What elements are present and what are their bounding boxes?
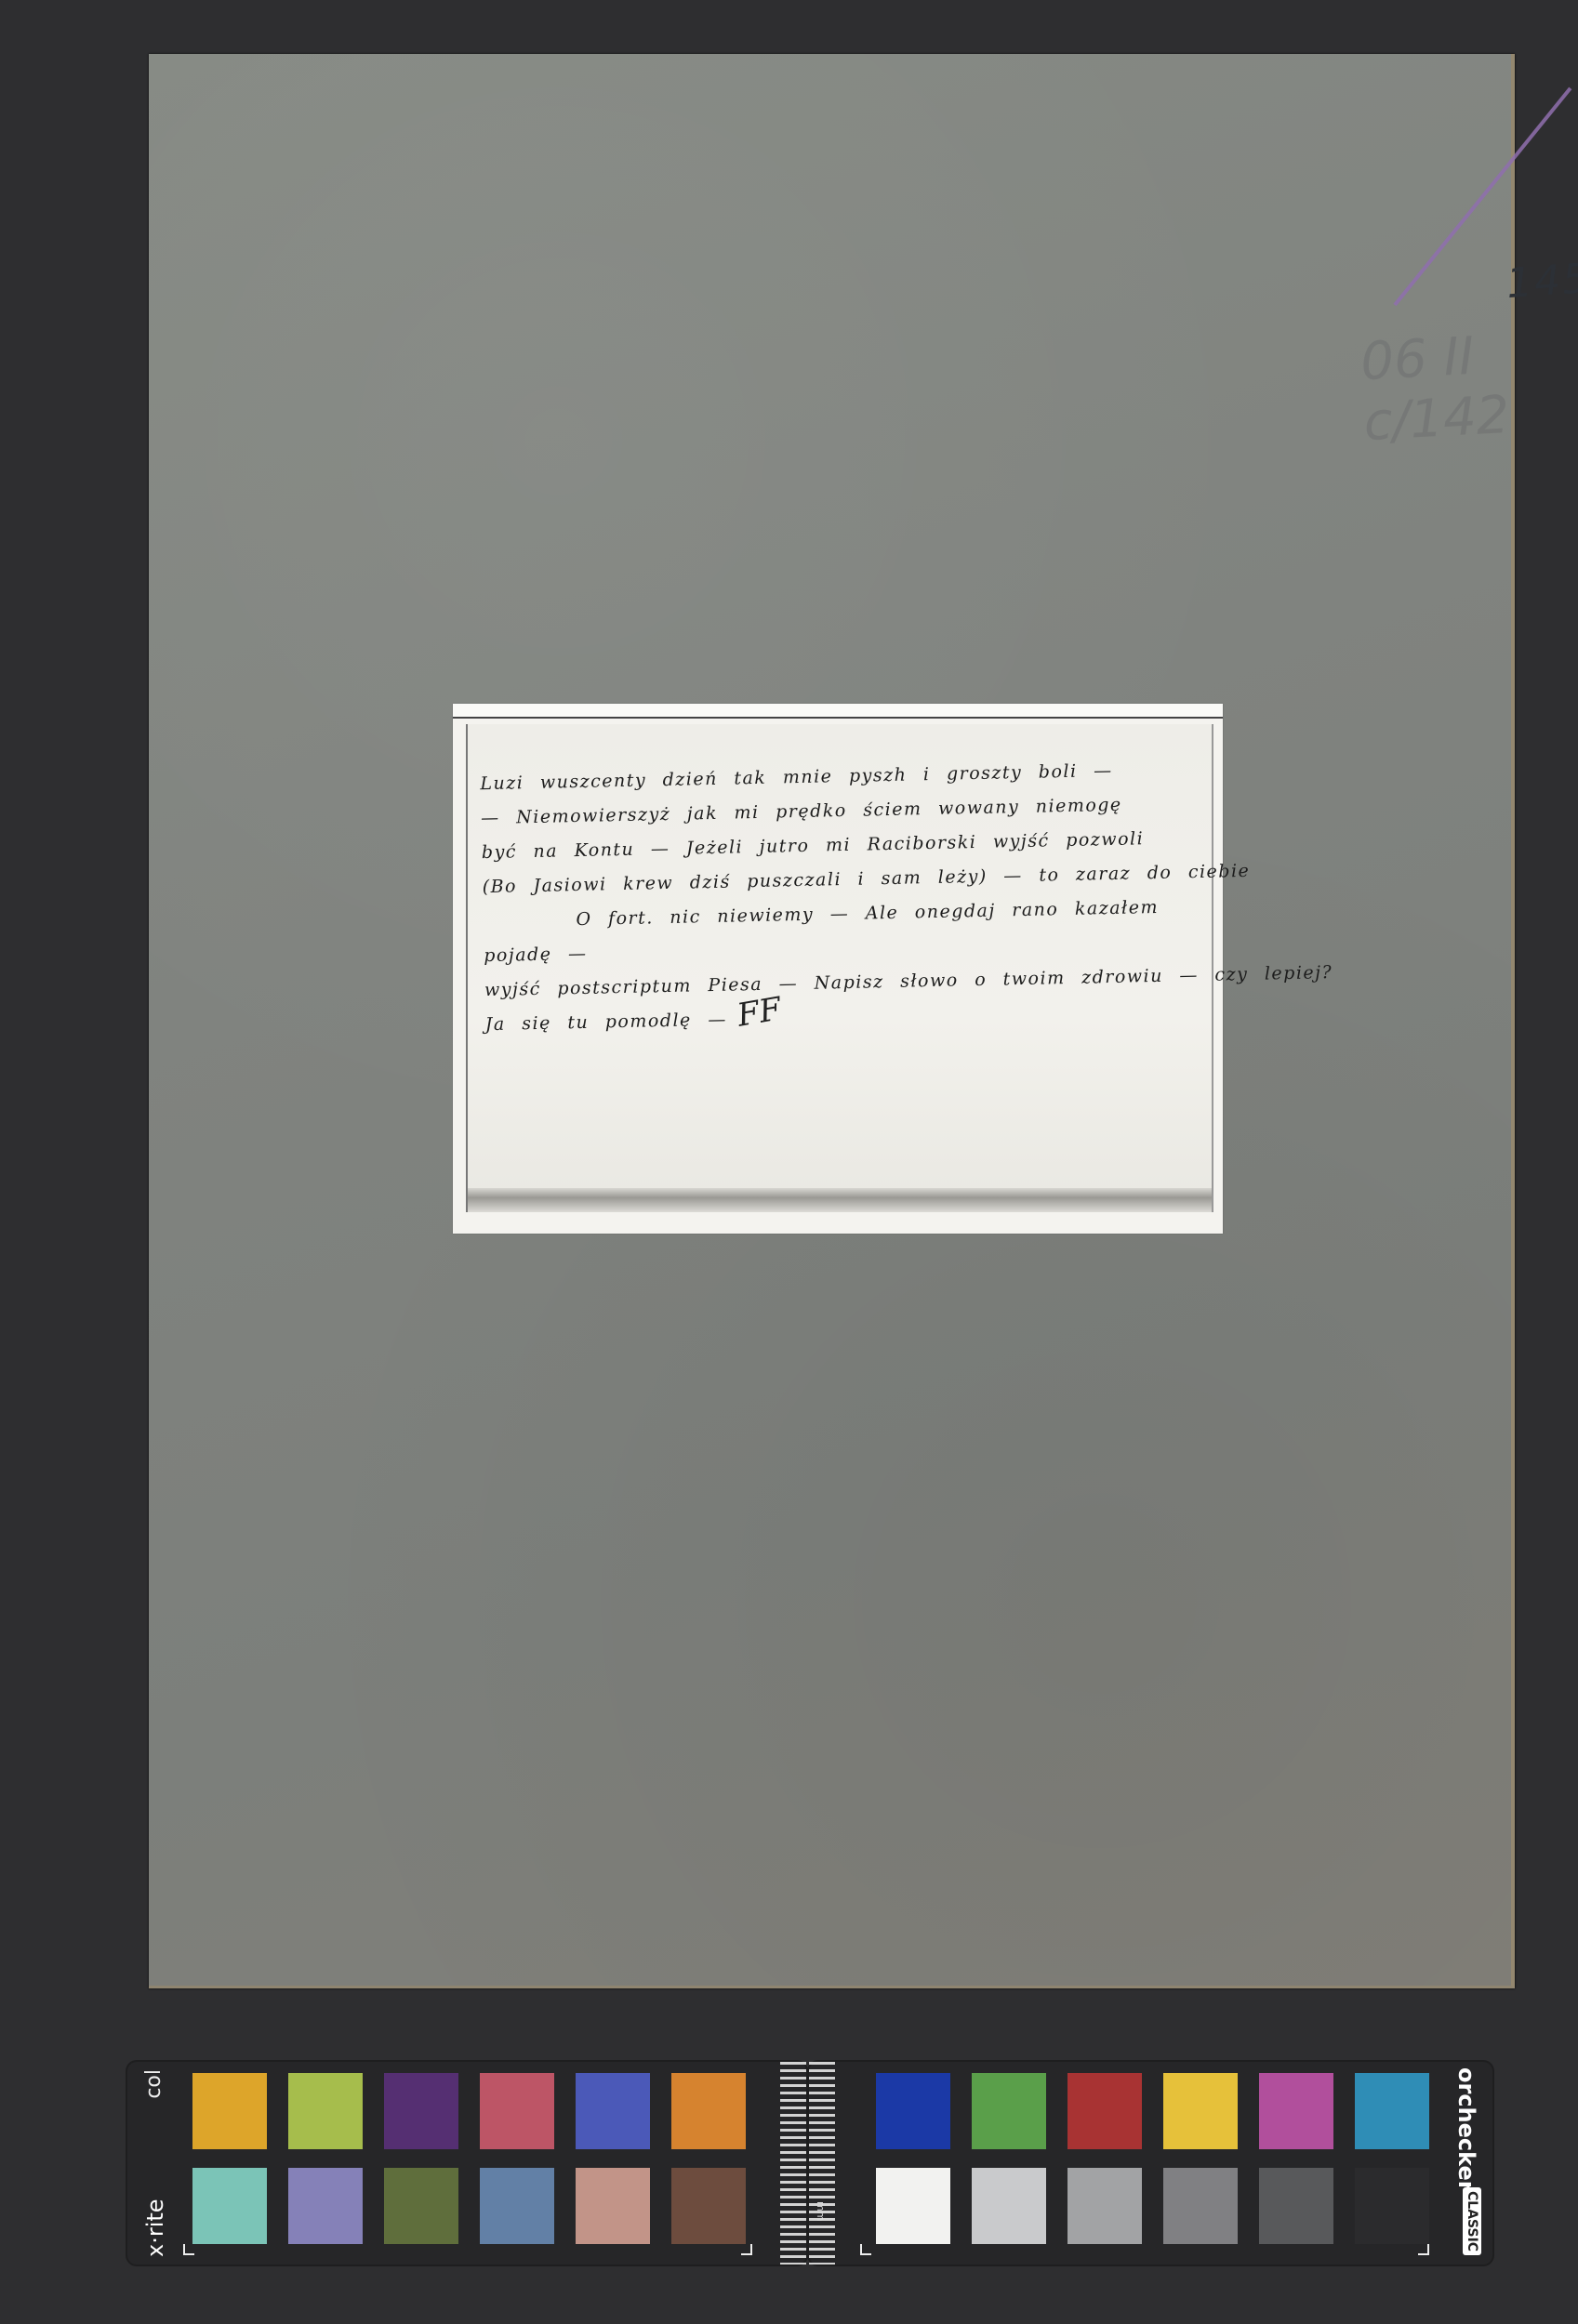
mm-label: mm (815, 2201, 827, 2221)
letter-paper: Luzi wuszcenty dzień tak mnie pyszh i gr… (466, 724, 1213, 1212)
corner-mark (1418, 2244, 1429, 2255)
color-patch (876, 2168, 950, 2244)
color-patch (1259, 2073, 1333, 2149)
color-patch (288, 2168, 363, 2244)
corner-mark (183, 2244, 194, 2255)
color-patch (480, 2168, 554, 2244)
color-patch (671, 2168, 746, 2244)
color-patch (576, 2073, 650, 2149)
color-patch (192, 2168, 267, 2244)
color-patch (1067, 2073, 1142, 2149)
color-patch (192, 2073, 267, 2149)
color-patch (576, 2168, 650, 2244)
classic-badge: CLASSIC (1463, 2187, 1481, 2255)
color-patch (1355, 2073, 1429, 2149)
handwritten-letter: Luzi wuszcenty dzień tak mnie pyszh i gr… (480, 752, 1211, 1042)
color-patch (671, 2073, 746, 2149)
color-patch (1163, 2073, 1238, 2149)
catalog-number: 1454 (1505, 253, 1578, 308)
color-patch (480, 2073, 554, 2149)
xrite-logo: x·rite (142, 2164, 170, 2257)
color-patch (876, 2073, 950, 2149)
color-patch (384, 2168, 458, 2244)
mm-ruler (780, 2062, 806, 2265)
corner-mark (741, 2244, 752, 2255)
color-patch (1355, 2168, 1429, 2244)
crossed-out-catalog-number: 06 II c/142 (1359, 324, 1515, 453)
corner-mark (860, 2244, 871, 2255)
mm-ruler (809, 2062, 835, 2265)
color-patch (1163, 2168, 1238, 2244)
color-patch (972, 2073, 1046, 2149)
color-patch (1259, 2168, 1333, 2244)
color-checker-left-card: col x·rite (127, 2062, 806, 2265)
color-patch (384, 2073, 458, 2149)
letter-signature: FF (735, 990, 784, 1035)
color-patch (288, 2073, 363, 2149)
torn-paper-edge (468, 1188, 1212, 1212)
color-patch (972, 2168, 1046, 2244)
colorchecker-brand: orchecker (1453, 2067, 1479, 2192)
photo-top-border (453, 704, 1223, 719)
brand-text-col: col (142, 2069, 166, 2099)
color-checker-right-card: mm orchecker CLASSIC (809, 2062, 1492, 2265)
color-patch (1067, 2168, 1142, 2244)
letter-photograph: Luzi wuszcenty dzień tak mnie pyszh i gr… (453, 704, 1223, 1234)
